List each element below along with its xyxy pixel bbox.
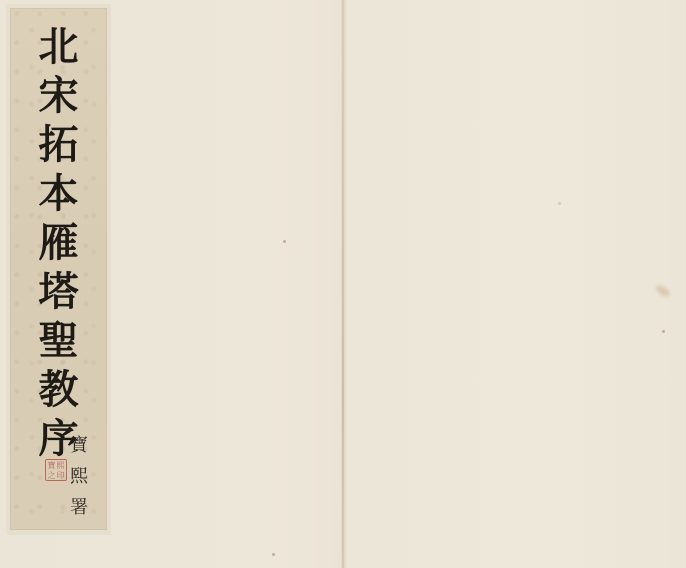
left-page: 北 宋 拓 本 雁 塔 聖 教 序 寶 熙 署 寶 熙 之 印 — [0, 0, 343, 568]
title-char: 北 — [39, 22, 79, 71]
seal-char: 熙 — [56, 461, 65, 471]
paper-speck — [272, 553, 275, 556]
paper-speck — [558, 202, 561, 205]
right-page — [344, 0, 686, 568]
signature-char: 熙 — [70, 463, 88, 494]
paper-speck — [662, 330, 665, 333]
title-char: 宋 — [39, 71, 79, 120]
title-char: 本 — [39, 169, 79, 218]
seal-char: 寶 — [47, 461, 56, 471]
signature-column: 寶 熙 署 — [64, 432, 94, 525]
title-label-strip: 北 宋 拓 本 雁 塔 聖 教 序 寶 熙 署 寶 熙 之 印 — [10, 8, 107, 530]
album-spread: 北 宋 拓 本 雁 塔 聖 教 序 寶 熙 署 寶 熙 之 印 — [0, 0, 686, 568]
title-char: 雁 — [39, 218, 79, 267]
title-char: 聖 — [39, 316, 79, 365]
signature-char: 署 — [70, 494, 88, 525]
paper-speck — [283, 240, 286, 243]
title-char: 拓 — [39, 120, 79, 169]
title-char: 教 — [39, 365, 79, 414]
signature-char: 寶 — [70, 432, 88, 463]
title-char: 塔 — [39, 267, 79, 316]
seal-char: 之 — [47, 471, 56, 481]
seal-char: 印 — [56, 471, 65, 481]
title-column: 北 宋 拓 本 雁 塔 聖 教 序 — [10, 22, 107, 463]
red-seal-stamp: 寶 熙 之 印 — [45, 459, 67, 481]
